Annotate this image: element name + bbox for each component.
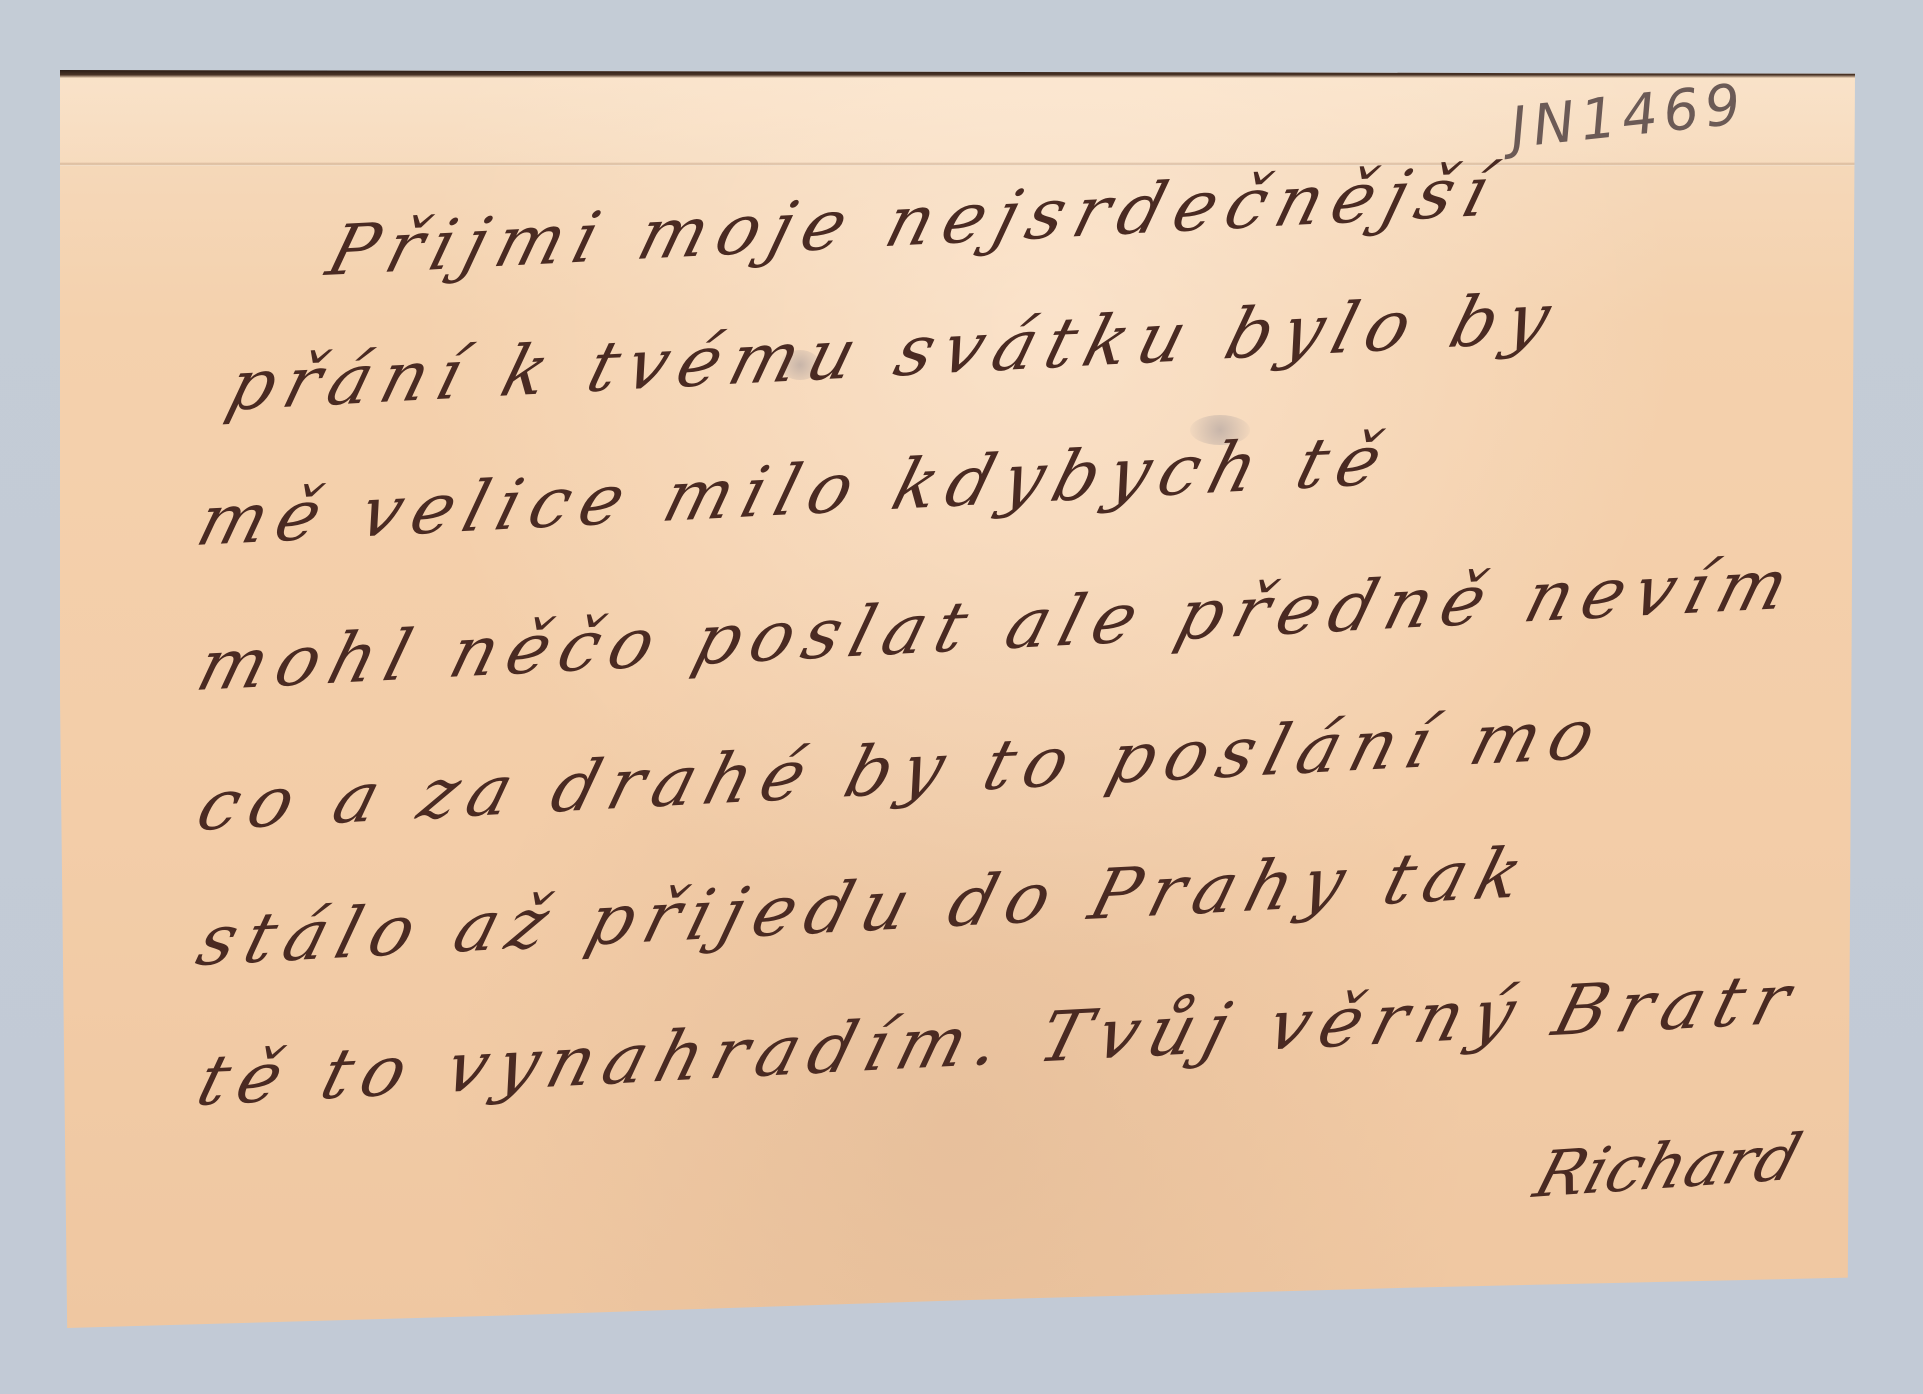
letter-line-4: mohl něčo poslat ale předně nevím [189,543,1808,707]
card-top-edge [60,70,1855,78]
letter-line-1: Přijmi moje nejsrdečnější [319,150,1508,292]
letter-line-2: přání k tvému svátku bylo by [219,277,1570,427]
fold-line [60,162,1855,166]
letter-line-6: stálo až přijedu do Prahy tak [189,831,1542,981]
letter-line-3: mě velice milo kdybych tě [189,419,1401,562]
letter-line-5: co a za drahé by to poslání mo [189,693,1615,847]
letter-line-7: tě to vynahradím. Tvůj věrný Bratr [189,958,1809,1122]
signature: Richard [1526,1121,1809,1213]
postcard: JN1469 Přijmi moje nejsrdečnější přání k… [60,70,1855,1328]
